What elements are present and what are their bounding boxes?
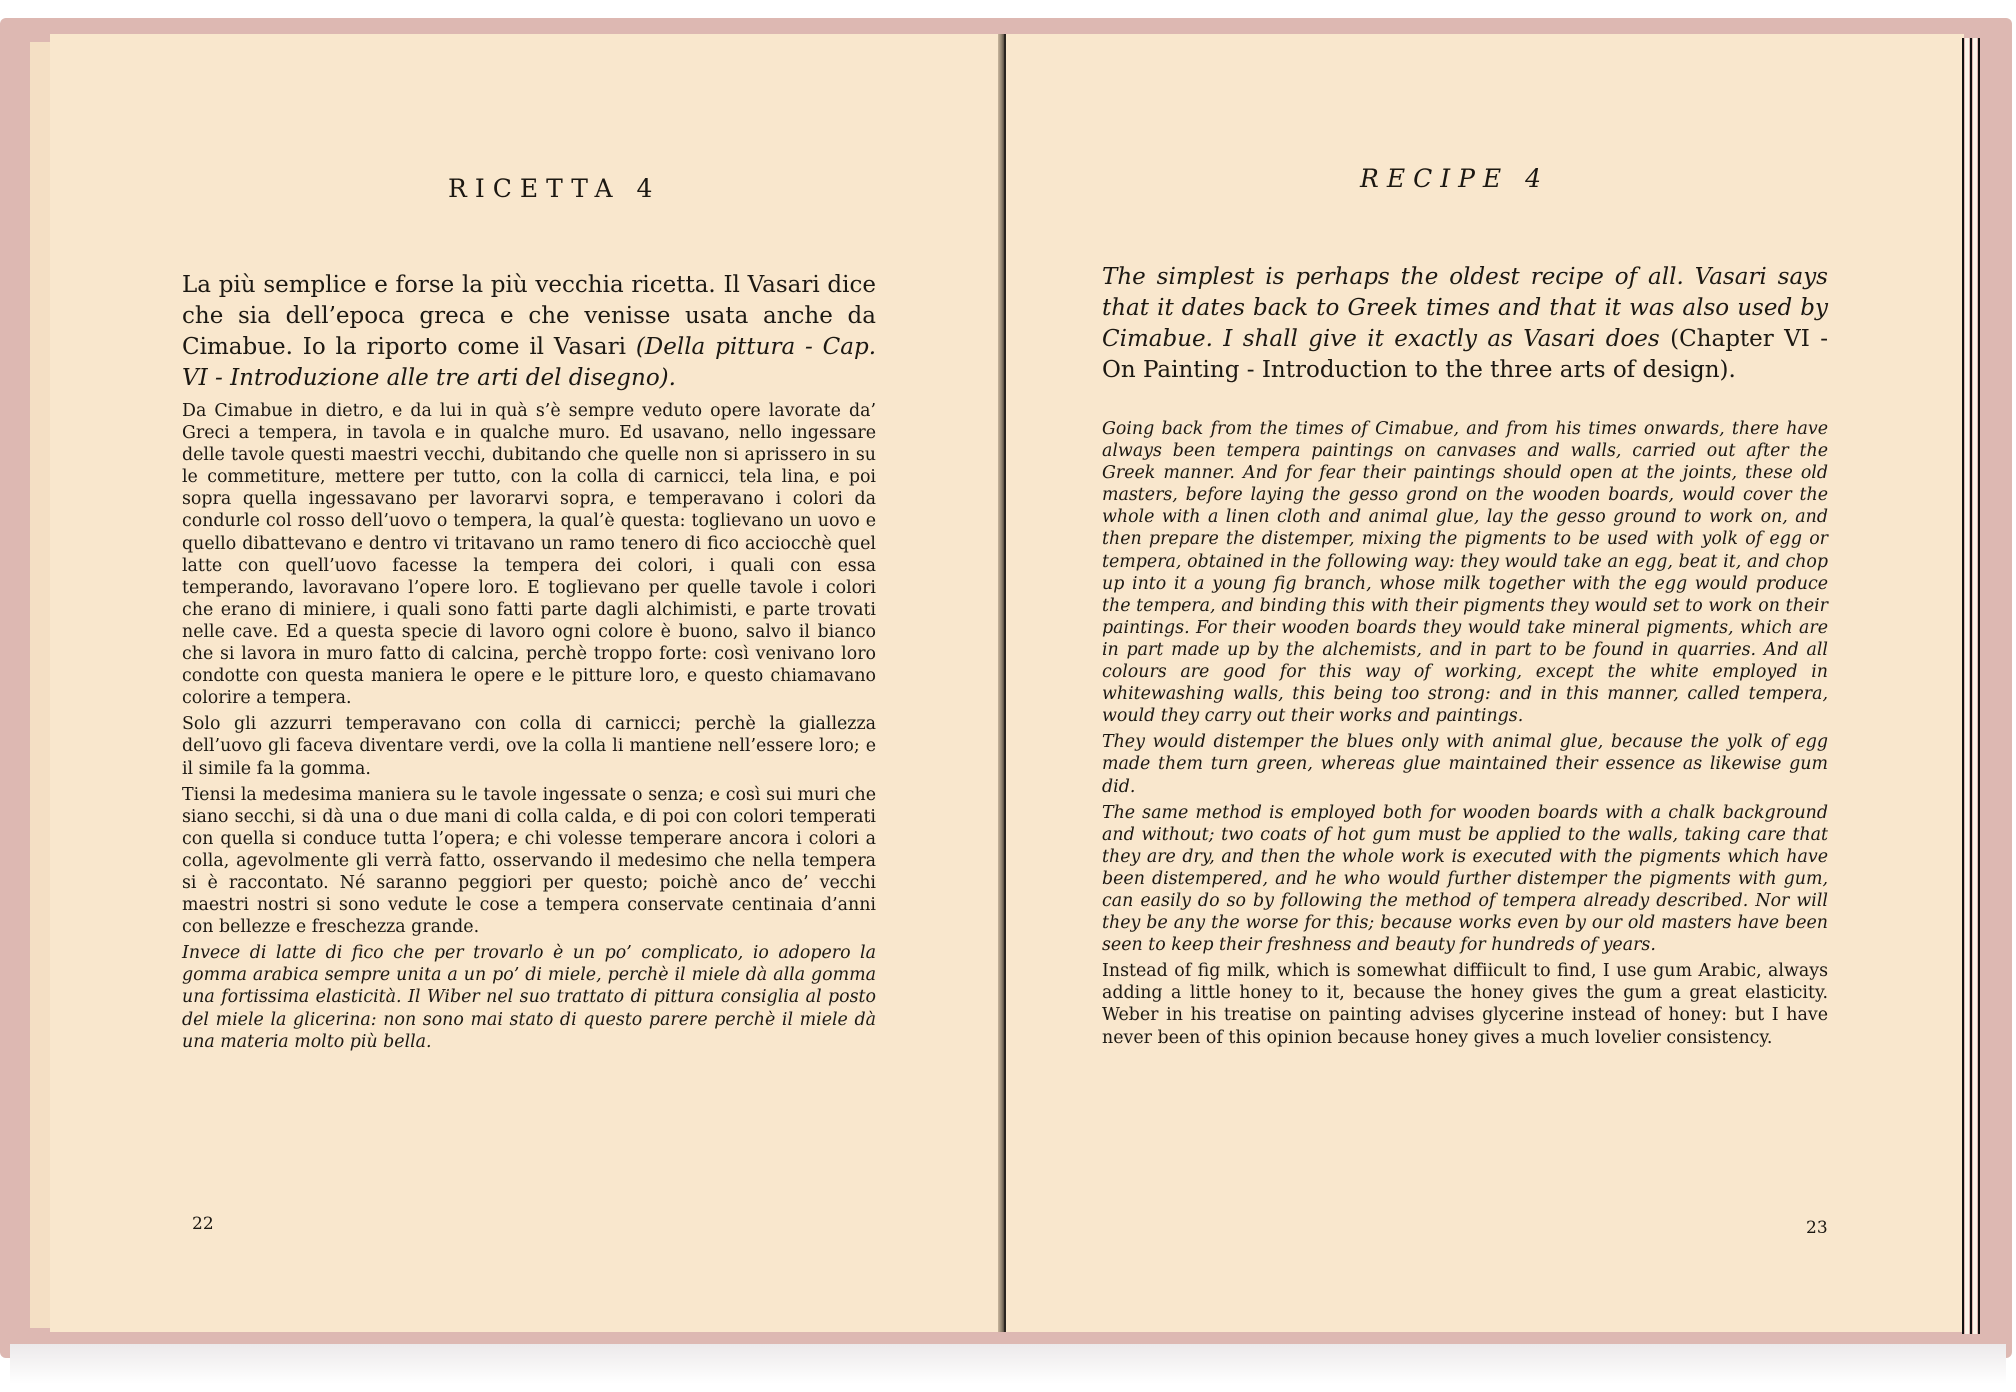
- author-note-english: Instead of fig milk, which is somewhat d…: [1102, 960, 1828, 1048]
- body-italian: Da Cimabue in dietro, e da lui in quà s’…: [182, 400, 876, 1057]
- paragraph: They would distemper the blues only with…: [1102, 731, 1828, 797]
- page-title-italian: RICETTA 4: [448, 174, 660, 203]
- intro-english: The simplest is perhaps the oldest recip…: [1102, 262, 1828, 386]
- paragraph: Tiensi la medesima maniera su le tavole …: [182, 784, 876, 939]
- paragraph: Going back from the times of Cimabue, an…: [1102, 418, 1828, 727]
- paragraph: The same method is employed both for woo…: [1102, 802, 1828, 957]
- page-title-english: RECIPE 4: [1360, 164, 1549, 193]
- body-english: Going back from the times of Cimabue, an…: [1102, 418, 1828, 1053]
- right-page: RECIPE 4 The simplest is perhaps the old…: [1004, 34, 1964, 1332]
- page-number-right: 23: [1806, 1218, 1828, 1238]
- paragraph: Solo gli azzurri temperavano con colla d…: [182, 713, 876, 779]
- intro-italian: La più semplice e forse la più vecchia r…: [182, 270, 876, 394]
- cover-shadow: [10, 1344, 2006, 1384]
- left-page: RICETTA 4 La più semplice e forse la più…: [50, 34, 1002, 1332]
- paragraph: Da Cimabue in dietro, e da lui in quà s’…: [182, 400, 876, 709]
- author-note-italian: Invece di latte di fico che per trovarlo…: [182, 942, 876, 1052]
- page-stack-edge-right: [1962, 38, 1982, 1334]
- page-number-left: 22: [192, 1214, 214, 1234]
